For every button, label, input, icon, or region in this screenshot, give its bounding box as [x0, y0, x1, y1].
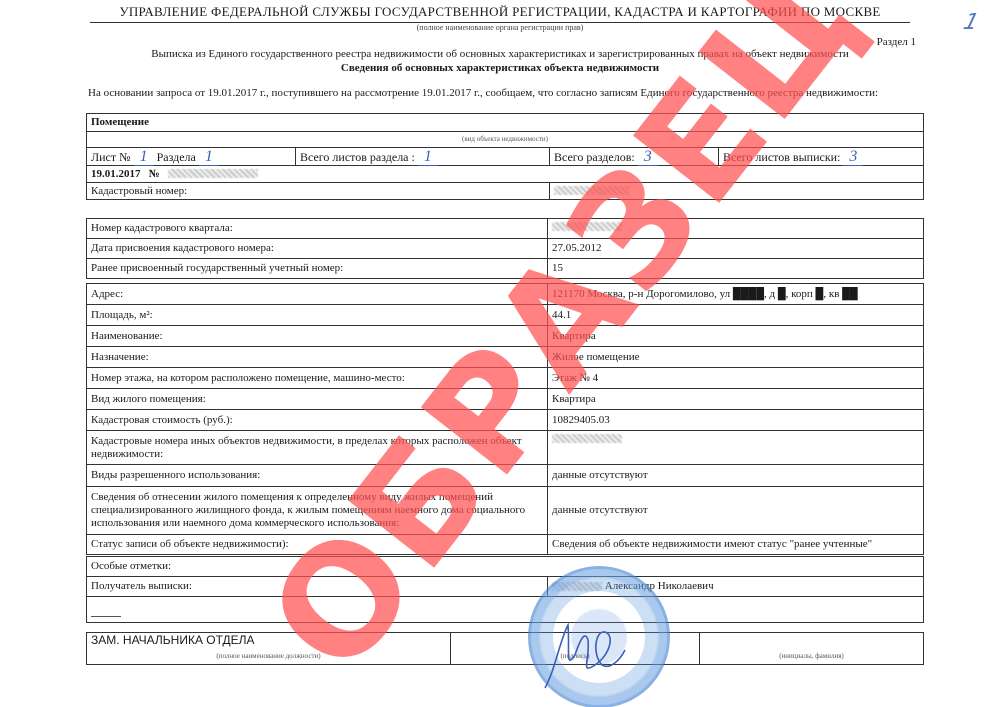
row-label: Номер кадастрового квартала: [87, 219, 548, 239]
section-sheets-label: Всего листов раздела : [300, 150, 415, 164]
row-label: Номер этажа, на котором расположено поме… [87, 368, 548, 389]
sections-total-label: Всего разделов: [554, 150, 635, 164]
signature-table: ЗАМ. НАЧАЛЬНИКА ОТДЕЛА (полное наименова… [86, 632, 924, 665]
row-value: данные отсутствуют [548, 487, 924, 535]
row-label: Статус записи об объекте недвижимости): [87, 535, 548, 555]
row-value: Квартира [548, 389, 924, 410]
table-row: Кадастровые номера иных объектов недвижи… [87, 431, 924, 465]
signature-caption: (подпись) [451, 649, 700, 665]
name-field [700, 633, 924, 649]
table-row: Вид жилого помещения:Квартира [87, 389, 924, 410]
date-number-row: 19.01.2017 № [87, 166, 924, 183]
row-label: Ранее присвоенный государственный учетны… [87, 259, 548, 279]
row-value [548, 219, 924, 239]
extract-sheets-label: Всего листов выписки: [723, 150, 840, 164]
table-row: Кадастровая стоимость (руб.):10829405.03 [87, 410, 924, 431]
table-row: Назначение:Жилое помещение [87, 347, 924, 368]
extract-date: 19.01.2017 [91, 168, 141, 180]
redacted-surname [552, 582, 602, 591]
row-label: Площадь, м²: [87, 305, 548, 326]
position-title: ЗАМ. НАЧАЛЬНИКА ОТДЕЛА [87, 633, 451, 649]
name-caption: (инициалы, фамилия) [700, 649, 924, 665]
section-label: Раздела [157, 150, 196, 164]
redacted-cadastral-number [554, 186, 629, 195]
extract-sheets-value: 3 [843, 148, 863, 166]
cadastral-number-label: Кадастровый номер: [87, 183, 550, 200]
sections-total-value: 3 [638, 148, 658, 166]
table-row: Площадь, м²:44.1 [87, 305, 924, 326]
object-type: Помещение [87, 114, 924, 132]
row-value: 10829405.03 [548, 410, 924, 431]
sheet-value: 1 [134, 148, 154, 166]
row-label: Виды разрешенного использования: [87, 465, 548, 487]
table-row: Номер этажа, на котором расположено поме… [87, 368, 924, 389]
row-value: 121170 Москва, р-н Дорогомилово, ул ████… [548, 284, 924, 305]
handwritten-page-mark: 1 [961, 10, 982, 35]
table-row: Дата присвоения кадастрового номера:27.0… [87, 239, 924, 259]
row-value [548, 431, 924, 465]
sheet-label: Лист № [91, 150, 131, 164]
blank-row [87, 597, 924, 623]
row-label: Кадастровая стоимость (руб.): [87, 410, 548, 431]
org-title: УПРАВЛЕНИЕ ФЕДЕРАЛЬНОЙ СЛУЖБЫ ГОСУДАРСТВ… [90, 4, 910, 23]
section-value: 1 [199, 148, 219, 166]
row-value: данные отсутствуют [548, 465, 924, 487]
table-row: Адрес:121170 Москва, р-н Дорогомилово, у… [87, 284, 924, 305]
row-label: Кадастровые номера иных объектов недвижи… [87, 431, 548, 465]
intro-paragraph: На основании запроса от 19.01.2017 г., п… [88, 87, 918, 100]
special-marks-label: Особые отметки: [87, 557, 924, 577]
signature-field [451, 633, 700, 649]
extract-sheets-cell: Всего листов выписки: 3 [719, 148, 924, 166]
document-subtitle: Сведения об основных характеристиках объ… [60, 62, 940, 74]
row-label: Наименование: [87, 326, 548, 347]
row-value: 27.05.2012 [548, 239, 924, 259]
table-row: Номер кадастрового квартала: [87, 219, 924, 239]
row-label: Вид жилого помещения: [87, 389, 548, 410]
recipient-cell: Александр Николаевич [548, 577, 924, 597]
table-row: Сведения об отнесении жилого помещения к… [87, 487, 924, 535]
row-label: Адрес: [87, 284, 548, 305]
position-caption: (полное наименование должности) [87, 649, 451, 665]
cadastral-number-value [550, 183, 924, 200]
row-value: Сведения об объекте недвижимости имеют с… [548, 535, 924, 555]
number-label: № [149, 168, 160, 180]
recipient-label: Получатель выписки: [87, 577, 548, 597]
characteristics-table: Адрес:121170 Москва, р-н Дорогомилово, у… [86, 283, 924, 555]
marks-table: Особые отметки: Получатель выписки: Алек… [86, 556, 924, 623]
redacted-value [552, 434, 622, 443]
object-type-caption: (вид объекта недвижимости) [87, 132, 924, 148]
table-row: Виды разрешенного использования:данные о… [87, 465, 924, 487]
object-header-table: Помещение (вид объекта недвижимости) Лис… [86, 113, 924, 200]
row-label: Сведения об отнесении жилого помещения к… [87, 487, 548, 535]
document-title: Выписка из Единого государственного реес… [60, 48, 940, 60]
row-label: Назначение: [87, 347, 548, 368]
row-value: 15 [548, 259, 924, 279]
section-label: Раздел 1 [877, 36, 916, 48]
row-label: Дата присвоения кадастрового номера: [87, 239, 548, 259]
row-value: Квартира [548, 326, 924, 347]
sections-total-cell: Всего разделов: 3 [550, 148, 719, 166]
row-value: Этаж № 4 [548, 368, 924, 389]
org-caption: (полное наименование органа регистрации … [90, 23, 910, 32]
redacted-number [168, 169, 258, 178]
row-value: 44.1 [548, 305, 924, 326]
recipient-value: Александр Николаевич [605, 580, 714, 592]
sheet-cell: Лист № 1 Раздела 1 [87, 148, 296, 166]
cadastral-info-table: Номер кадастрового квартала:Дата присвое… [86, 218, 924, 279]
table-row: Статус записи об объекте недвижимости):С… [87, 535, 924, 555]
redacted-value [552, 222, 622, 231]
table-row: Наименование:Квартира [87, 326, 924, 347]
section-sheets-cell: Всего листов раздела : 1 [296, 148, 550, 166]
section-sheets-value: 1 [418, 148, 438, 166]
table-row: Ранее присвоенный государственный учетны… [87, 259, 924, 279]
row-value: Жилое помещение [548, 347, 924, 368]
